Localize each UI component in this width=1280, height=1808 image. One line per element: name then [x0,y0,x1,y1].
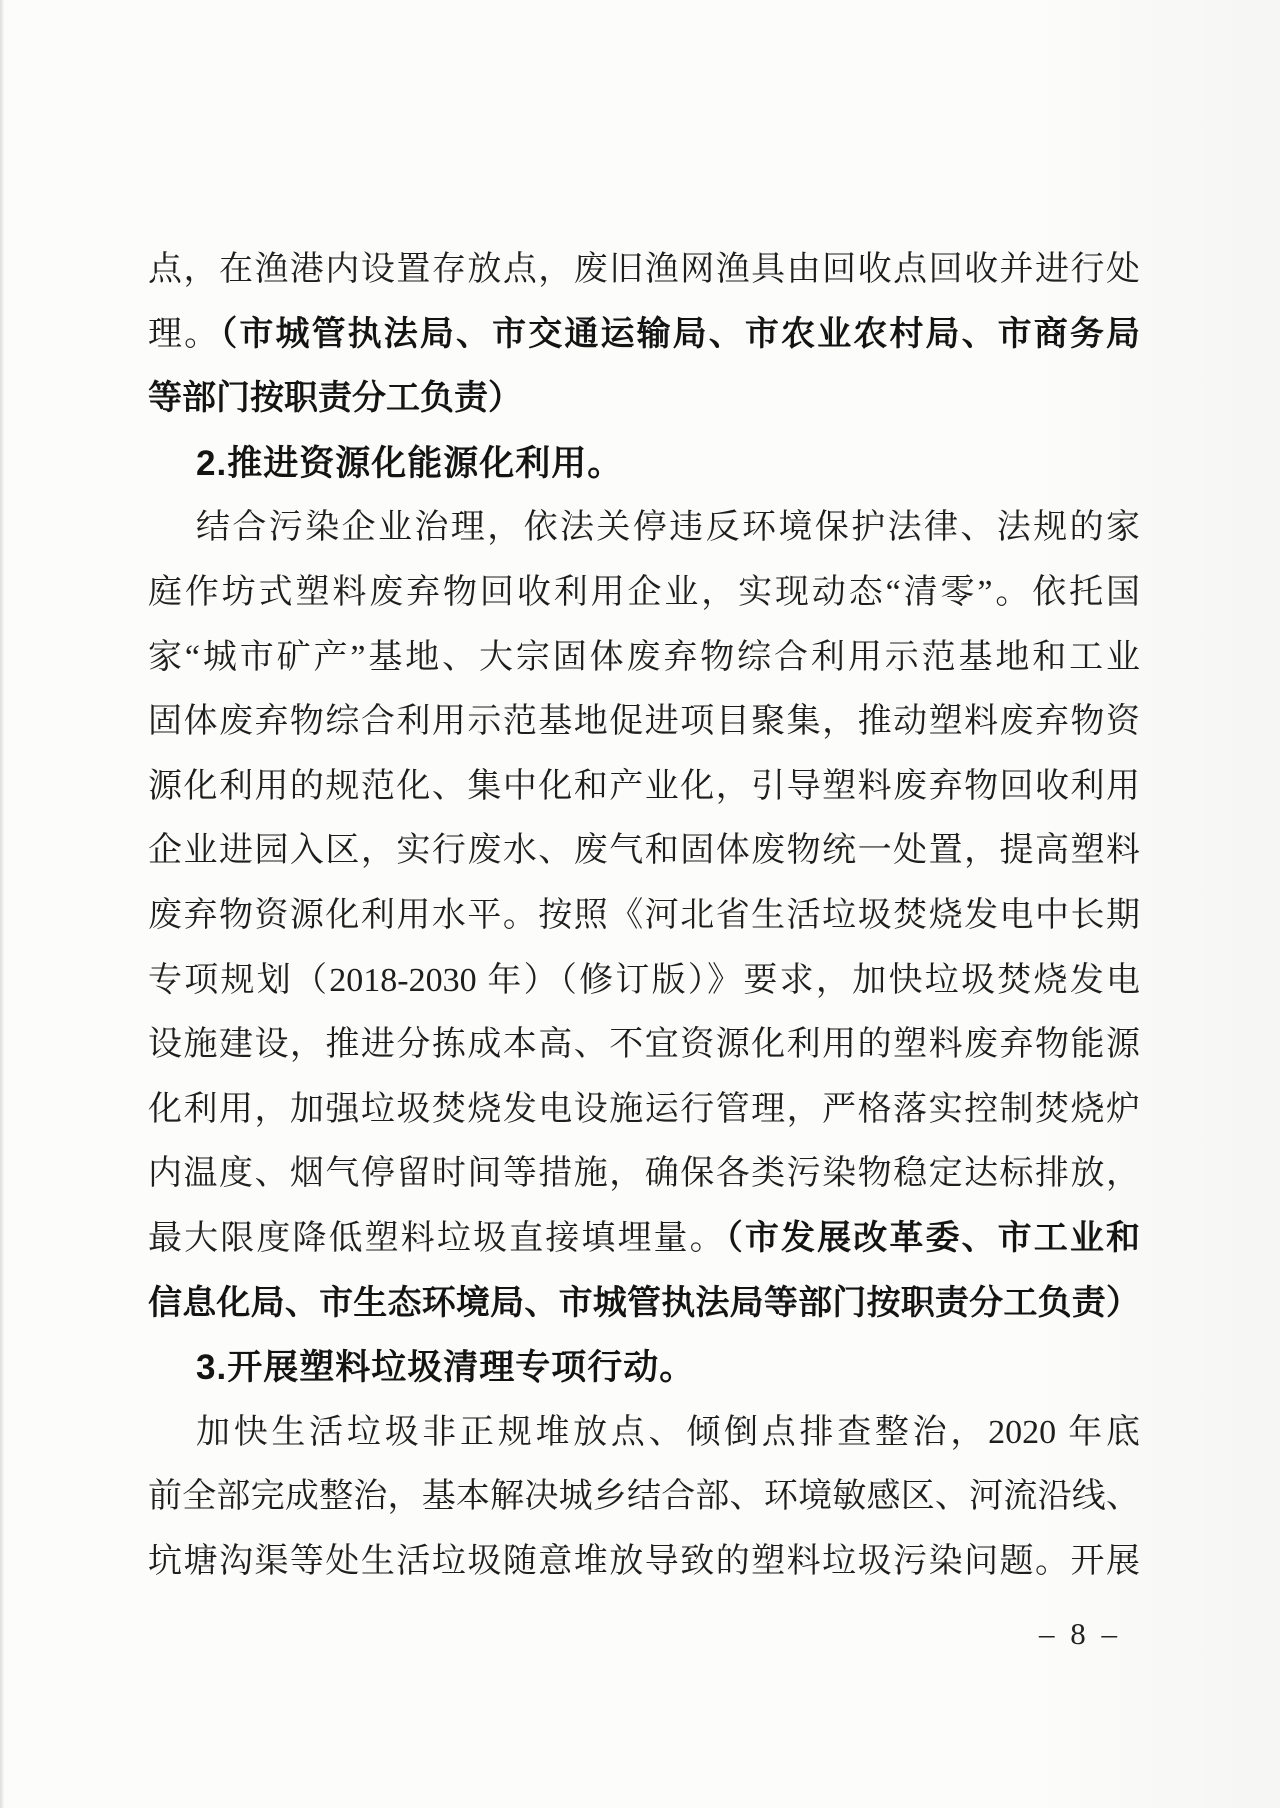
text-line: 设施建设，推进分拣成本高、不宜资源化利用的塑料废弃物能源 [148,1013,1140,1078]
text-segment: 废弃物资源化利用水平。按照《河北省生活垃圾焚烧发电中长期 [148,897,1140,934]
section-heading: 3.开展塑料垃圾清理专项行动。 [148,1336,1140,1401]
text-line: 内温度、烟气停留时间等措施，确保各类污染物稳定达标排放， [148,1142,1140,1207]
text-segment: （市城管执法局、市交通运输局、市农业农村局、市商务局 [220,316,1140,353]
text-line: 结合污染企业治理，依法关停违反环境保护法律、法规的家 [148,496,1140,561]
text-line: 源化利用的规范化、集中化和产业化，引导塑料废弃物回收利用 [148,755,1140,820]
text-segment: 专项规划（2018-2030 年）（修订版）》要求，加快垃圾焚烧发电 [148,962,1140,999]
text-segment: 加快生活垃圾非正规堆放点、倾倒点排查整治，2020 年底 [196,1414,1140,1451]
text-line: 家“城市矿产”基地、大宗固体废弃物综合利用示范基地和工业 [148,626,1140,691]
text-segment: （市发展改革委、市工业和 [726,1220,1140,1257]
text-line: 加快生活垃圾非正规堆放点、倾倒点排查整治，2020 年底 [148,1401,1140,1466]
text-segment: 信息化局、市生态环境局、市城管执法局等部门按职责分工负责） [148,1285,1140,1322]
text-segment: 源化利用的规范化、集中化和产业化，引导塑料废弃物回收利用 [148,768,1140,805]
text-segment: 内温度、烟气停留时间等措施，确保各类污染物稳定达标排放， [148,1155,1140,1192]
text-line: 庭作坊式塑料废弃物回收利用企业，实现动态“清零”。依托国 [148,561,1140,626]
text-line: 坑塘沟渠等处生活垃圾随意堆放导致的塑料垃圾污染问题。开展 [148,1530,1140,1595]
text-segment: 前全部完成整治，基本解决城乡结合部、环境敏感区、河流沿线、 [148,1478,1140,1515]
text-line: 企业进园入区，实行废水、废气和固体废物统一处置，提高塑料 [148,819,1140,884]
text-segment: 2.推进资源化能源化利用。 [196,444,623,483]
text-segment: 理。 [148,316,220,353]
text-line: 等部门按职责分工负责） [148,367,1140,432]
text-line: 前全部完成整治，基本解决城乡结合部、环境敏感区、河流沿线、 [148,1465,1140,1530]
text-segment: 企业进园入区，实行废水、废气和固体废物统一处置，提高塑料 [148,832,1140,869]
text-segment: 点，在渔港内设置存放点，废旧渔网渔具由回收点回收并进行处 [148,251,1140,288]
text-segment: 庭作坊式塑料废弃物回收利用企业，实现动态“清零”。依托国 [148,574,1140,611]
page-number: – 8 – [1020,1604,1140,1664]
text-segment: 家“城市矿产”基地、大宗固体废弃物综合利用示范基地和工业 [148,639,1140,676]
text-segment: 设施建设，推进分拣成本高、不宜资源化利用的塑料废弃物能源 [148,1026,1140,1063]
document-page: 点，在渔港内设置存放点，废旧渔网渔具由回收点回收并进行处理。（市城管执法局、市交… [0,0,1280,1808]
text-segment: 化利用，加强垃圾焚烧发电设施运行管理，严格落实控制焚烧炉 [148,1091,1140,1128]
text-line: 信息化局、市生态环境局、市城管执法局等部门按职责分工负责） [148,1272,1140,1337]
text-line: 化利用，加强垃圾焚烧发电设施运行管理，严格落实控制焚烧炉 [148,1078,1140,1143]
text-segment: 结合污染企业治理，依法关停违反环境保护法律、法规的家 [196,509,1140,546]
text-line: 点，在渔港内设置存放点，废旧渔网渔具由回收点回收并进行处 [148,238,1140,303]
text-segment: 3.开展塑料垃圾清理专项行动。 [196,1348,695,1387]
text-line: 固体废弃物综合利用示范基地促进项目聚集，推动塑料废弃物资 [148,690,1140,755]
text-line: 废弃物资源化利用水平。按照《河北省生活垃圾焚烧发电中长期 [148,884,1140,949]
document-body: 点，在渔港内设置存放点，废旧渔网渔具由回收点回收并进行处理。（市城管执法局、市交… [148,238,1140,1594]
scan-edge-artifact [0,0,4,1808]
text-segment: 等部门按职责分工负责） [148,380,522,417]
text-line: 最大限度降低塑料垃圾直接填埋量。（市发展改革委、市工业和 [148,1207,1140,1272]
text-segment: 最大限度降低塑料垃圾直接填埋量。 [148,1220,726,1257]
text-segment: 坑塘沟渠等处生活垃圾随意堆放导致的塑料垃圾污染问题。开展 [148,1543,1140,1580]
section-heading: 2.推进资源化能源化利用。 [148,432,1140,497]
text-segment: 固体废弃物综合利用示范基地促进项目聚集，推动塑料废弃物资 [148,703,1140,740]
text-line: 理。（市城管执法局、市交通运输局、市农业农村局、市商务局 [148,303,1140,368]
text-line: 专项规划（2018-2030 年）（修订版）》要求，加快垃圾焚烧发电 [148,949,1140,1014]
